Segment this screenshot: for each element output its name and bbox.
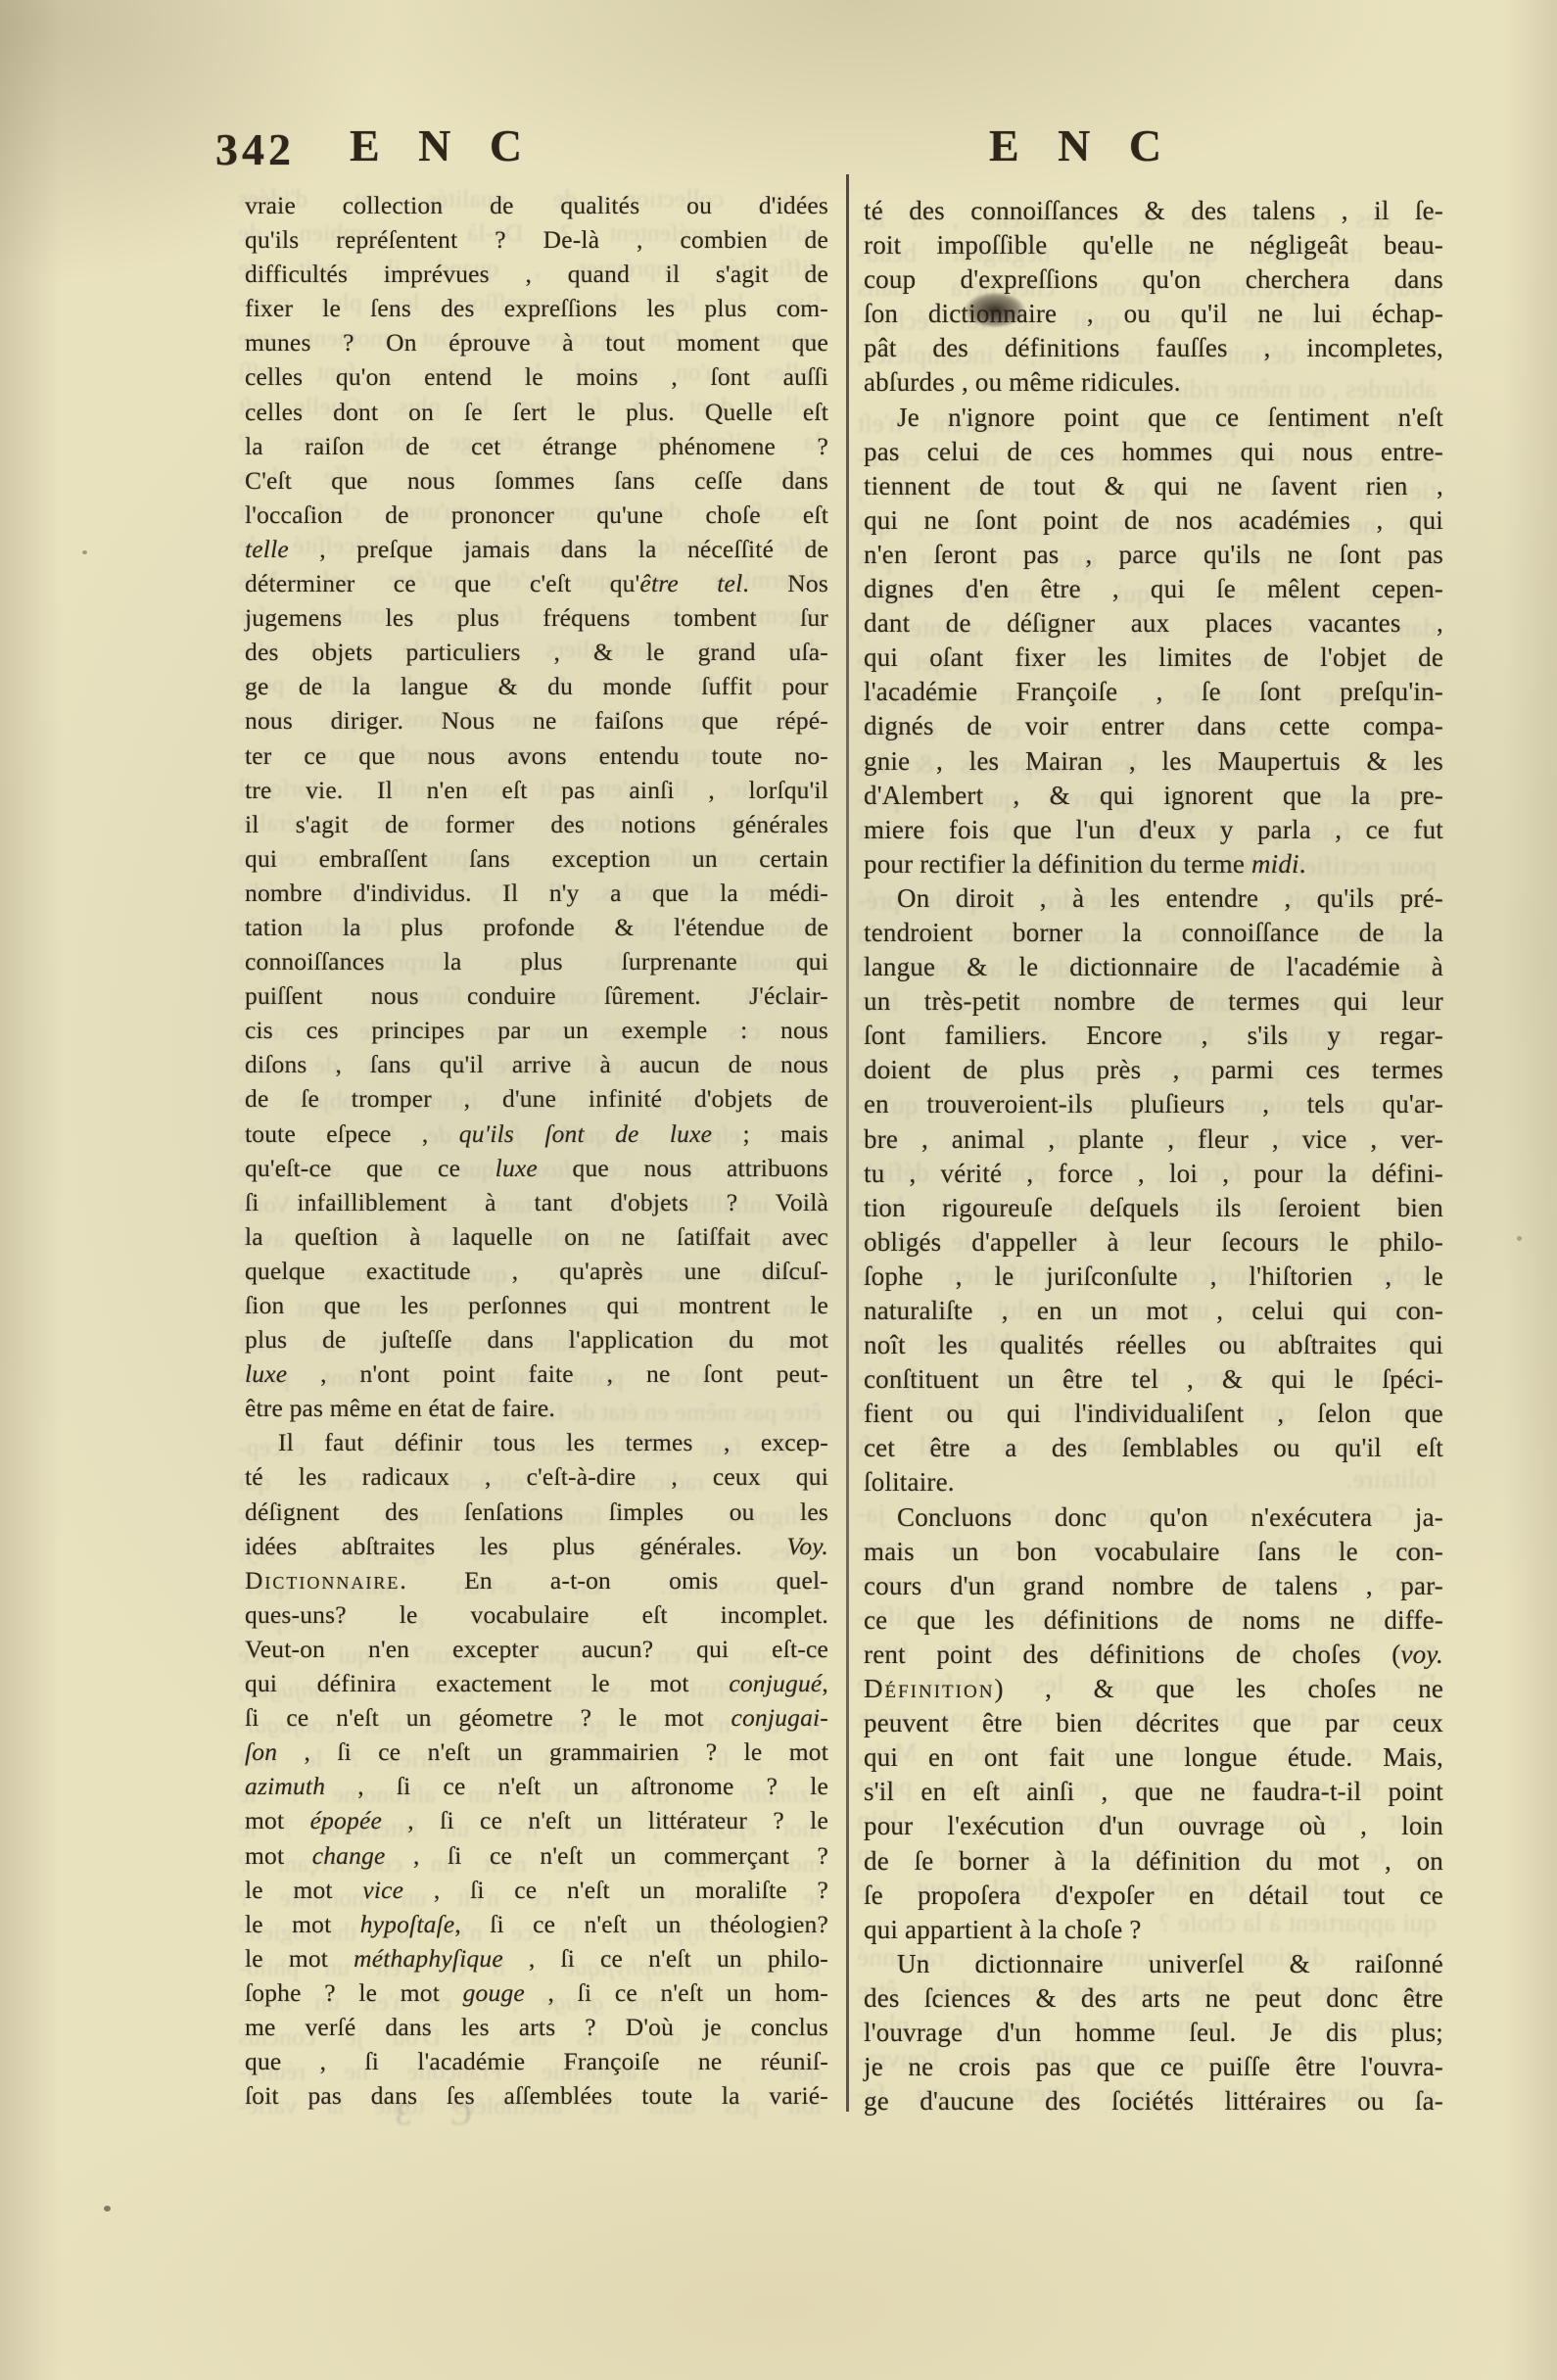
text-line: l'ouvrage d'un homme ſeul. Je dis plus; [864,2016,1443,2050]
text-line: pour rectifier la définition du terme mi… [864,847,1443,881]
text-line: cet être a des ſemblables ou qu'il eſt [864,1431,1443,1465]
text-line: déterminer ce que c'eſt qu'être tel. Nos [245,566,828,600]
text-line: On diroit , à les entendre , qu'ils pré- [864,881,1443,916]
text-line: l'occaſion de prononcer qu'une choſe eſt [245,498,828,532]
text-line: noît les qualités réelles ou abſtraites … [864,1328,1443,1362]
text-line: plus de juſteſſe dans l'application du m… [245,1322,828,1357]
text-line: Concluons donc qu'on n'exécutera ja- [864,1500,1443,1535]
running-head-right: E N C [955,119,1209,171]
text-line: abſurdes , ou même ridicules. [864,365,1443,400]
text-line: difficultés imprévues , quand il s'agit … [245,257,828,291]
text-line: Je n'ignore point que ce ſentiment n'eſt [864,401,1443,435]
text-line: des ſciences & des arts ne peut donc êtr… [864,1981,1443,2016]
text-line: dant de déſigner aux places vacantes , [864,606,1443,641]
text-line: de ſe borner à la définition du mot , on [864,1844,1443,1879]
text-line: celles dont on ſe ſert le plus. Quelle e… [245,395,828,429]
text-line: naturaliſte , en un mot , celui qui con- [864,1294,1443,1328]
text-line: toute eſpece , qu'ils ſont de luxe ; mai… [245,1117,828,1151]
text-line: ſolitaire. [864,1465,1443,1499]
text-line: nous diriger. Nous ne faiſons que répé- [245,703,828,738]
text-line: peuvent être bien décrites que par ceux [864,1706,1443,1740]
text-line: munes ? On éprouve à tout moment que [245,325,828,359]
signature-showthrough: C 3 [380,2096,471,2132]
text-line: ſion que les perſonnes qui montrent le [245,1288,828,1322]
text-line: un très-petit nombre de termes qui leur [864,984,1443,1019]
text-line: C'eſt que nous ſommes ſans ceſſe dans [245,463,828,498]
text-line: Un dictionnaire univerſel & raiſonné [864,1947,1443,1981]
text-line: il s'agit de former des notions générale… [245,807,828,841]
text-line: idées abſtraites les plus générales. Voy… [245,1529,828,1563]
text-line: azimuth , ſi ce n'eſt un aſtronome ? le [245,1769,828,1803]
text-line: gnie , les Mairan , les Maupertuis & les [864,744,1443,779]
text-line: tendroient borner la connoiſſance de la [864,916,1443,950]
text-line: coup d'expreſſions qu'on cherchera dans [864,262,1443,297]
text-line: connoiſſances la plus ſurprenante qui [245,944,828,978]
text-line: ſi infailliblement à tant d'objets ? Voi… [245,1185,828,1219]
text-line: le mot méthaphyſique , ſi ce n'eſt un ph… [245,1941,828,1975]
text-line: celles qu'on entend le moins , ſont auſſ… [245,359,828,394]
column-divider-rule [846,174,849,2112]
text-line: nombre d'individus. Il n'y a que la médi… [245,876,828,910]
page-number: 342 [215,123,295,175]
text-line: qu'eſt-ce que ce luxe que nous attribuon… [245,1151,828,1185]
text-line: pour l'exécution d'un ouvrage où , loin [864,1809,1443,1843]
text-line: en trouveroient-ils pluſieurs , tels qu'… [864,1087,1443,1121]
text-line: rent point des définitions de choſes (vo… [864,1638,1443,1672]
text-line: cis ces principes par un exemple : nous [245,1013,828,1047]
text-line: déſignent des ſenſations ſimples ou les [245,1495,828,1529]
text-line: me verſé dans les arts ? D'où je conclus [245,2010,828,2044]
text-line: la raiſon de cet étrange phénomene ? [245,429,828,463]
text-line: tation la plus profonde & l'étendue de [245,910,828,944]
text-line: ge de la langue & du monde ſuffit pour [245,669,828,703]
text-line: mais un bon vocabulaire ſans le con- [864,1535,1443,1569]
text-line: dignes d'en être , qui ſe mêlent cepen- [864,572,1443,606]
text-line: le mot hypoſtaſe, ſi ce n'eſt un théolog… [245,1907,828,1941]
text-line: des objets particuliers , & le grand uſa… [245,635,828,669]
text-line: que , ſi l'académie Françoiſe ne réuniſ- [245,2044,828,2078]
text-line: ſophe ? le mot gouge , ſi ce n'eſt un ho… [245,1975,828,2010]
text-line: tre vie. Il n'en eſt pas ainſi , lorſqu'… [245,773,828,807]
text-line: ge d'aucune des ſociétés littéraires ou … [864,2084,1443,2118]
text-line: qu'ils repréſentent ? De-là , combien de [245,222,828,257]
text-line: tion rigoureuſe deſquels ils ſeroient bi… [864,1191,1443,1225]
text-line: doient de plus près , parmi ces termes [864,1053,1443,1087]
text-line: ſe propoſera d'expoſer en détail tout ce [864,1879,1443,1913]
text-line: Dictionnaire. En a-t-on omis quel- [245,1563,828,1597]
text-column-left: vraie collection de qualités ou d'idéesq… [245,188,828,2113]
text-line: ſi ce n'eſt un géometre ? le mot conjuga… [245,1700,828,1735]
text-line: pas celui de ces hommes qui nous entre- [864,435,1443,469]
text-line: conſtituent un être tel , & qui le ſpéci… [864,1362,1443,1397]
text-line: le mot vice , ſi ce n'eſt un moraliſte ? [245,1873,828,1907]
text-line: langue & le dictionnaire de l'académie à [864,950,1443,984]
text-line: telle , preſque jamais dans la néceſſité… [245,532,828,566]
text-line: roit impoſſible qu'elle ne négligeât bea… [864,228,1443,262]
text-line: luxe , n'ont point faite , ne ſont peut- [245,1357,828,1391]
text-column-right: té des connoiſſances & des talens , il ſ… [864,194,1443,2118]
text-line: d'Alembert , & qui ignorent que la pre- [864,779,1443,813]
text-line: ter ce que nous avons entendu toute no- [245,738,828,773]
text-line: mot change , ſi ce n'eſt un commerçant ? [245,1838,828,1873]
text-line: diſons , ſans qu'il arrive à aucun de no… [245,1047,828,1081]
text-line: té les radicaux , c'eſt-à-dire , ceux qu… [245,1459,828,1494]
text-line: puiſſent nous conduire ſûrement. J'éclai… [245,978,828,1013]
running-head-left: E N C [315,119,570,171]
text-line: être pas même en état de faire. [245,1391,828,1425]
text-line: qui oſant fixer les limites de l'objet d… [864,641,1443,675]
paper-speck [1517,1236,1522,1241]
text-line: qui ne ſont point de nos académies , qui [864,503,1443,538]
text-line: fient ou qui l'individualiſent , ſelon q… [864,1397,1443,1431]
text-line: s'il en eſt ainſi , que ne faudra-t-il p… [864,1775,1443,1809]
ink-blot [966,293,1024,327]
text-line: Il faut définir tous les termes , excep- [245,1425,828,1459]
text-line: té des connoiſſances & des talens , il ſ… [864,194,1443,228]
text-line: tiennent de tout & qui ne ſavent rien , [864,469,1443,503]
text-line: qui embraſſent ſans exception un certain [245,841,828,876]
text-line: cours d'un grand nombre de talens , par- [864,1569,1443,1603]
text-line: fixer le ſens des expreſſions les plus c… [245,291,828,325]
text-line: mot épopée , ſi ce n'eſt un littérateur … [245,1803,828,1837]
text-line: dignés de voir entrer dans cette compa- [864,709,1443,743]
text-line: qui définira exactement le mot conjugué, [245,1666,828,1700]
paper-speck [82,550,87,554]
text-line: Définition) , & que les choſes ne [864,1672,1443,1706]
text-line: je ne crois pas que ce puiſſe être l'ouv… [864,2050,1443,2084]
text-line: obligés d'appeller à leur ſecours le phi… [864,1225,1443,1260]
text-line: n'en ſeront pas , parce qu'ils ne ſont p… [864,538,1443,572]
text-line: qui en ont fait une longue étude. Mais, [864,1740,1443,1775]
paper-speck [104,2206,111,2212]
text-line: ce que les définitions de noms ne diffe- [864,1603,1443,1638]
text-line: la queſtion à laquelle on ne ſatiſfait a… [245,1219,828,1254]
text-line: pât des définitions fauſſes , incomplete… [864,331,1443,365]
text-line: ſoit pas dans ſes aſſemblées toute la va… [245,2078,828,2113]
text-line: ſont familiers. Encore , s'ils y regar- [864,1019,1443,1053]
text-line: Veut-on n'en excepter aucun? qui eſt-ce [245,1632,828,1666]
text-line: qui appartient à la choſe ? [864,1913,1443,1947]
text-line: ſophe , le juriſconſulte , l'hiſtorien ,… [864,1260,1443,1294]
text-line: tu , vérité , force , loi , pour la défi… [864,1157,1443,1191]
text-line: ques-uns? le vocabulaire eſt incomplet. [245,1597,828,1632]
scanned-book-page: 342 E N C E N C vraie collection de qual… [0,0,1557,2380]
text-line: l'académie Françoiſe , ſe ſont preſqu'in… [864,675,1443,709]
text-line: bre , animal , plante , fleur , vice , v… [864,1122,1443,1157]
text-line: quelque exactitude , qu'après une diſcuſ… [245,1254,828,1288]
text-line: ſon dictionnaire , ou qu'il ne lui échap… [864,297,1443,331]
text-line: jugemens les plus fréquens tombent ſur [245,600,828,635]
text-line: ſon , ſi ce n'eſt un grammairien ? le mo… [245,1735,828,1769]
text-line: miere fois que l'un d'eux y parla , ce f… [864,813,1443,847]
text-line: vraie collection de qualités ou d'idées [245,188,828,222]
text-line: de ſe tromper , d'une infinité d'objets … [245,1081,828,1116]
